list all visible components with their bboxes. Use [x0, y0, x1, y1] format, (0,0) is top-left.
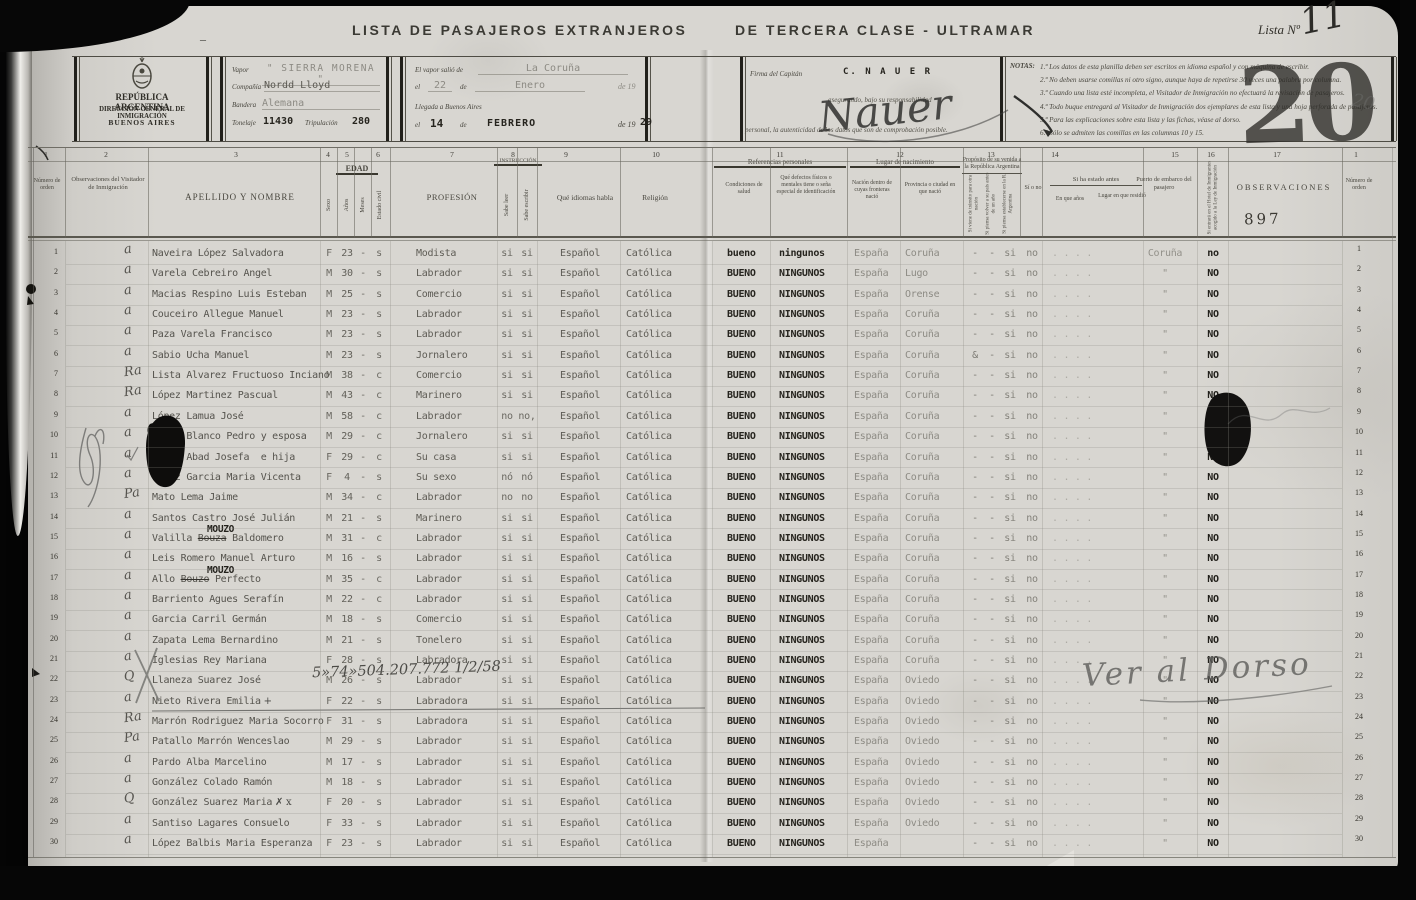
grid-line	[1342, 241, 1343, 857]
can-read-value: si	[498, 798, 516, 808]
nation-value: España	[854, 310, 888, 320]
return-value: -	[985, 310, 999, 320]
health-value: BUENO	[727, 595, 756, 605]
defects-value: NINGUNOS	[779, 330, 825, 340]
inspector-mark: a	[123, 346, 132, 357]
defects-value: NINGUNOS	[779, 310, 825, 320]
grid-line	[33, 148, 34, 857]
been-before-value: no	[1024, 432, 1040, 442]
transit-value: &	[968, 351, 982, 361]
health-value: BUENO	[727, 758, 756, 768]
can-write-value: si	[518, 310, 536, 320]
years-residence-dots: . . . .	[1052, 595, 1092, 605]
province-value: Coruña	[905, 514, 939, 524]
defects-value: NINGUNOS	[779, 514, 825, 524]
embark-port-value: "	[1140, 473, 1190, 483]
transit-value: -	[968, 290, 982, 300]
return-value: -	[985, 473, 999, 483]
civil-status-value: s	[372, 697, 386, 707]
return-value: -	[985, 371, 999, 381]
been-before-value: no	[1024, 575, 1040, 585]
embark-port-value: "	[1140, 432, 1190, 442]
hotel-value: NO	[1198, 493, 1228, 503]
health-value: BUENO	[727, 493, 756, 503]
years-residence-dots: . . . .	[1052, 758, 1092, 768]
grid-line	[66, 406, 1342, 407]
grid-line	[66, 447, 1342, 448]
sex-value: M	[322, 310, 336, 320]
been-before-value: no	[1024, 391, 1040, 401]
row-number-left: 27	[30, 776, 58, 786]
inspector-mark: a	[123, 570, 132, 581]
years-residence-dots: . . . .	[1052, 778, 1092, 788]
grid-line	[66, 793, 1342, 794]
passenger-row: 26 a Pardo Alba Marcelino M 17 - s Labra…	[0, 753, 1416, 773]
religion-value: Católica	[626, 554, 672, 564]
language-value: Español	[560, 737, 600, 747]
health-value: BUENO	[727, 697, 756, 707]
defects-value: NINGUNOS	[779, 493, 825, 503]
profession-value: Labrador	[416, 554, 462, 564]
been-before-value: no	[1024, 737, 1040, 747]
return-value: -	[985, 412, 999, 422]
religion-value: Católica	[626, 839, 672, 849]
inspector-mark: a	[123, 611, 132, 622]
profession-value: Labrador	[416, 778, 462, 788]
grid-line	[620, 148, 621, 238]
can-read-value: si	[498, 534, 516, 544]
embark-port-value: "	[1140, 371, 1190, 381]
settle-value: si	[1002, 432, 1018, 442]
been-before-value: no	[1024, 615, 1040, 625]
been-before-value: no	[1024, 473, 1040, 483]
province-value: Coruña	[905, 330, 939, 340]
province-value: Coruña	[905, 575, 939, 585]
language-value: Español	[560, 798, 600, 808]
been-before-value: no	[1024, 656, 1040, 666]
province-value: Oviedo	[905, 819, 939, 829]
been-before-value: no	[1024, 636, 1040, 646]
return-value: -	[985, 798, 999, 808]
religion-value: Católica	[626, 310, 672, 320]
profession-value: Labrador	[416, 758, 462, 768]
grid-line	[66, 345, 1342, 346]
sex-value: F	[322, 697, 336, 707]
grid-line	[66, 773, 1342, 774]
passenger-name: Nieto Rivera Emilia +	[152, 697, 272, 707]
passenger-row: 7 Ra Lista Alvarez Fructuoso Inciano M 3…	[0, 366, 1416, 386]
hotel-value: NO	[1198, 371, 1228, 381]
been-before-value: no	[1024, 595, 1040, 605]
return-value: -	[985, 758, 999, 768]
passenger-name: Barriento Agues Serafín	[152, 595, 284, 605]
age-months-value: -	[358, 514, 368, 524]
hotel-value: NO	[1198, 453, 1228, 463]
grid-line	[66, 589, 1342, 590]
grid-line	[66, 264, 1342, 265]
inspector-mark: a	[123, 306, 132, 317]
nation-value: España	[854, 554, 888, 564]
inspector-mark: a	[123, 326, 132, 337]
grid-line	[28, 857, 1396, 858]
health-value: BUENO	[727, 615, 756, 625]
embark-port-value: "	[1140, 819, 1190, 829]
health-value: BUENO	[727, 351, 756, 361]
sex-value: F	[322, 473, 336, 483]
defects-value: NINGUNOS	[779, 798, 825, 808]
civil-status-value: c	[372, 453, 386, 463]
grid-line	[66, 427, 1342, 428]
grid-line	[66, 386, 1342, 387]
can-write-value: si	[518, 554, 536, 564]
grid-line	[66, 630, 1342, 631]
age-years-value: 18	[338, 778, 356, 788]
age-years-value: 23	[338, 330, 356, 340]
name-correction: MOUZO	[207, 566, 234, 576]
row-number-right: 18	[1346, 590, 1372, 600]
religion-value: Católica	[626, 595, 672, 605]
row-number-right: 30	[1346, 834, 1372, 844]
language-value: Español	[560, 391, 600, 401]
nation-value: España	[854, 798, 888, 808]
grid-line	[337, 148, 338, 238]
health-value: BUENO	[727, 310, 756, 320]
years-residence-dots: . . . .	[1052, 717, 1092, 727]
settle-value: si	[1002, 290, 1018, 300]
age-months-value: -	[358, 839, 368, 849]
row-number-right: 7	[1346, 366, 1372, 376]
embark-port-value: "	[1140, 737, 1190, 747]
grid-line	[66, 366, 1342, 367]
health-value: bueno	[727, 249, 756, 259]
can-read-value: si	[498, 269, 516, 279]
return-value: -	[985, 351, 999, 361]
transit-value: -	[968, 473, 982, 483]
religion-value: Católica	[626, 371, 672, 381]
age-months-value: -	[358, 554, 368, 564]
profession-value: Labrador	[416, 575, 462, 585]
province-value: Coruña	[905, 554, 939, 564]
nation-value: España	[854, 636, 888, 646]
passenger-row: 15 a Valilla Bouza BaldomeroMOUZO M 31 -…	[0, 529, 1416, 549]
embark-port-value: "	[1140, 310, 1190, 320]
province-value: Coruña	[905, 249, 939, 259]
religion-value: Católica	[626, 778, 672, 788]
passenger-name: Llaneza Suarez José	[152, 676, 261, 686]
hotel-value: NO	[1198, 595, 1228, 605]
defects-value: NINGUNOS	[779, 697, 825, 707]
transit-value: -	[968, 595, 982, 605]
can-write-value: si	[518, 269, 536, 279]
return-value: -	[985, 290, 999, 300]
row-number-left: 24	[30, 715, 58, 725]
can-write-value: si	[518, 595, 536, 605]
age-months-value: -	[358, 595, 368, 605]
defects-value: ningunos	[779, 249, 825, 259]
can-write-value: si	[518, 290, 536, 300]
passenger-row: 10 a López Blanco Pedro y esposa M 29 - …	[0, 427, 1416, 447]
profession-value: Labrador	[416, 493, 462, 503]
civil-status-value: c	[372, 432, 386, 442]
embark-port-value: "	[1140, 330, 1190, 340]
been-before-value: no	[1024, 269, 1040, 279]
hotel-value: NO	[1198, 697, 1228, 707]
nation-value: España	[854, 778, 888, 788]
age-years-value: 31	[338, 534, 356, 544]
passenger-row: 8 Ra López Martinez Pascual M 43 - c Mar…	[0, 386, 1416, 406]
passenger-row: 13 Pa Mato Lema Jaime M 34 - c Labrador …	[0, 488, 1416, 508]
inspector-mark: a	[123, 550, 132, 561]
civil-status-value: s	[372, 737, 386, 747]
health-value: BUENO	[727, 575, 756, 585]
return-value: -	[985, 676, 999, 686]
age-years-value: 33	[338, 819, 356, 829]
age-years-value: 22	[338, 697, 356, 707]
settle-value: si	[1002, 473, 1018, 483]
grid-line	[390, 148, 391, 238]
grid-line	[320, 148, 321, 238]
passenger-row: 18 a Barriento Agues Serafín M 22 - c La…	[0, 590, 1416, 610]
civil-status-value: s	[372, 615, 386, 625]
embark-port-value: "	[1140, 595, 1190, 605]
age-months-value: -	[358, 737, 368, 747]
inspector-mark: a	[123, 529, 132, 540]
grid-line	[66, 305, 1342, 306]
years-residence-dots: . . . .	[1052, 290, 1092, 300]
defects-value: NINGUNOS	[779, 778, 825, 788]
can-read-value: si	[498, 391, 516, 401]
passenger-row: 17 a Allo Bouzo PerfectoMOUZO M 35 - c L…	[0, 570, 1416, 590]
province-value: Coruña	[905, 432, 939, 442]
bottom-shadow	[0, 866, 1416, 900]
can-read-value: si	[498, 310, 516, 320]
religion-value: Católica	[626, 819, 672, 829]
can-write-value: no,	[518, 412, 536, 422]
row-number-left: 11	[30, 451, 58, 461]
row-number-right: 6	[1346, 346, 1372, 356]
can-write-value: si	[518, 453, 536, 463]
language-value: Español	[560, 514, 600, 524]
return-value: -	[985, 656, 999, 666]
province-value: Oviedo	[905, 798, 939, 808]
sex-value: M	[322, 737, 336, 747]
sex-value: M	[322, 493, 336, 503]
age-months-value: -	[358, 798, 368, 808]
passenger-name: López Balbis Maria Esperanza	[152, 839, 312, 849]
can-write-value: si	[518, 391, 536, 401]
can-read-value: si	[498, 615, 516, 625]
religion-value: Católica	[626, 330, 672, 340]
can-read-value: si	[498, 737, 516, 747]
profession-value: Marinero	[416, 514, 462, 524]
civil-status-value: s	[372, 249, 386, 259]
can-write-value: si	[518, 351, 536, 361]
hotel-value: NO	[1198, 432, 1228, 442]
hotel-value: no	[1198, 249, 1228, 259]
religion-value: Católica	[626, 697, 672, 707]
transit-value: -	[968, 249, 982, 259]
can-read-value: si	[498, 249, 516, 259]
row-number-right: 17	[1346, 570, 1372, 580]
been-before-value: no	[1024, 534, 1040, 544]
passenger-row: 12 a López Garcia Maria Vicenta F 4 - s …	[0, 468, 1416, 488]
defects-value: NINGUNOS	[779, 717, 825, 727]
settle-value: si	[1002, 493, 1018, 503]
can-write-value: si	[518, 798, 536, 808]
row-number-left: 28	[30, 796, 58, 806]
transit-value: -	[968, 412, 982, 422]
grid-line	[537, 148, 538, 238]
age-years-value: 18	[338, 615, 356, 625]
row-number-left: 25	[30, 735, 58, 745]
nation-value: España	[854, 656, 888, 666]
passenger-name: Garcia Carril Germán	[152, 615, 266, 625]
inspector-mark: a	[123, 835, 132, 846]
religion-value: Católica	[626, 493, 672, 503]
hotel-value: NO	[1198, 839, 1228, 849]
been-before-value: no	[1024, 778, 1040, 788]
age-years-value: 23	[338, 839, 356, 849]
province-value: Coruña	[905, 493, 939, 503]
hotel-value: NO	[1198, 636, 1228, 646]
grid-line	[66, 691, 1342, 692]
sex-value: F	[322, 453, 336, 463]
inspector-mark: a	[123, 428, 132, 439]
language-value: Español	[560, 778, 600, 788]
grid-line	[1228, 148, 1229, 238]
grid-line	[900, 148, 901, 238]
hotel-value: NO	[1198, 412, 1228, 422]
row-number-right: 12	[1346, 468, 1372, 478]
profession-value: Labrador	[416, 737, 462, 747]
health-value: BUENO	[727, 798, 756, 808]
language-value: Español	[560, 412, 600, 422]
years-residence-dots: . . . .	[1052, 636, 1092, 646]
transit-value: -	[968, 697, 982, 707]
defects-value: NINGUNOS	[779, 432, 825, 442]
settle-value: si	[1002, 453, 1018, 463]
can-write-value: si	[518, 676, 536, 686]
grid-line	[66, 325, 1342, 326]
inspector-mark: Ra	[123, 386, 142, 398]
health-value: BUENO	[727, 432, 756, 442]
grid-line	[847, 148, 848, 238]
nation-value: España	[854, 371, 888, 381]
years-residence-dots: . . . .	[1052, 493, 1092, 503]
grid-line	[497, 148, 498, 238]
civil-status-value: s	[372, 554, 386, 564]
name-correction: MOUZO	[207, 525, 234, 535]
can-write-value: si	[518, 717, 536, 727]
hotel-value: NO	[1198, 758, 1228, 768]
religion-value: Católica	[626, 249, 672, 259]
can-write-value: si	[518, 697, 536, 707]
years-residence-dots: . . . .	[1052, 798, 1092, 808]
transit-value: -	[968, 575, 982, 585]
province-value: Coruña	[905, 595, 939, 605]
row-number-left: 29	[30, 817, 58, 827]
hotel-value: NO	[1198, 351, 1228, 361]
civil-status-value: s	[372, 269, 386, 279]
age-months-value: -	[358, 330, 368, 340]
defects-value: NINGUNOS	[779, 269, 825, 279]
can-read-value: si	[498, 697, 516, 707]
can-write-value: si	[518, 371, 536, 381]
age-years-value: 22	[338, 595, 356, 605]
passenger-name: Couceiro Allegue Manuel	[152, 310, 284, 320]
years-residence-dots: . . . .	[1052, 432, 1092, 442]
age-months-value: -	[358, 717, 368, 727]
age-months-value: -	[358, 290, 368, 300]
transit-value: -	[968, 839, 982, 849]
years-residence-dots: . . . .	[1052, 330, 1092, 340]
age-years-value: 30	[338, 269, 356, 279]
religion-value: Católica	[626, 351, 672, 361]
hotel-value: NO	[1198, 473, 1228, 483]
transit-value: -	[968, 330, 982, 340]
sex-value: M	[322, 778, 336, 788]
language-value: Español	[560, 473, 600, 483]
inspector-mark: Ra	[123, 712, 142, 724]
passenger-name: López Garcia Maria Vicenta	[152, 473, 301, 483]
inspector-mark: a	[123, 265, 132, 276]
hotel-value: NO	[1198, 615, 1228, 625]
can-write-value: si	[518, 656, 536, 666]
language-value: Español	[560, 615, 600, 625]
passenger-name: Allo Bouzo PerfectoMOUZO	[152, 575, 261, 585]
row-number-left: 3	[30, 288, 58, 298]
nation-value: España	[854, 473, 888, 483]
return-value: -	[985, 453, 999, 463]
civil-status-value: c	[372, 412, 386, 422]
hotel-value: NO	[1198, 330, 1228, 340]
passenger-name: Santos Castro José Julián	[152, 514, 295, 524]
row-number-right: 9	[1346, 407, 1372, 417]
hotel-value: NO	[1198, 534, 1228, 544]
age-years-value: 29	[338, 453, 356, 463]
religion-value: Católica	[626, 269, 672, 279]
nation-value: España	[854, 351, 888, 361]
hotel-value: NO	[1198, 575, 1228, 585]
inspector-mark: Pa	[123, 488, 140, 500]
row-number-right: 2	[1346, 264, 1372, 274]
transit-value: -	[968, 717, 982, 727]
been-before-value: no	[1024, 371, 1040, 381]
row-number-right: 23	[1346, 692, 1372, 702]
language-value: Español	[560, 493, 600, 503]
civil-status-value: c	[372, 575, 386, 585]
years-residence-dots: . . . .	[1052, 554, 1092, 564]
health-value: BUENO	[727, 371, 756, 381]
can-read-value: si	[498, 554, 516, 564]
sex-value: F	[322, 819, 336, 829]
embark-port-value: "	[1140, 778, 1190, 788]
province-value: Coruña	[905, 412, 939, 422]
row-number-left: 17	[30, 573, 58, 583]
hotel-value: NO	[1198, 737, 1228, 747]
civil-status-value: c	[372, 391, 386, 401]
civil-status-value: c	[372, 493, 386, 503]
row-number-left: 16	[30, 552, 58, 562]
row-number-right: 27	[1346, 773, 1372, 783]
religion-value: Católica	[626, 473, 672, 483]
grid-line	[66, 569, 1342, 570]
hotel-value: NO	[1198, 310, 1228, 320]
sex-value: M	[322, 514, 336, 524]
sex-value: M	[322, 595, 336, 605]
row-number-left: 8	[30, 389, 58, 399]
passenger-row: 1 a Naveira López Salvadora F 23 - s Mod…	[0, 244, 1416, 264]
